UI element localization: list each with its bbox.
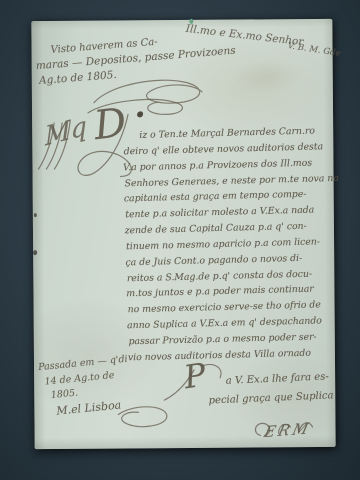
- ink-speck: [34, 213, 37, 217]
- dateline-block: Passada em — q'di 14 de Ag.to de 1805. M…: [38, 353, 133, 420]
- despatch-annotation: Visto haverem as Ca- maras — Depositos, …: [34, 29, 237, 89]
- closing-formula: a V. Ex.a lhe fara es- pecial graça que …: [184, 368, 334, 411]
- petition-body: iz o Ten.te Marçal Bernardes Carn.ro dei…: [122, 123, 342, 366]
- photo-stage: Visto haverem as Ca- maras — Depositos, …: [0, 0, 360, 480]
- paper-stain: [232, 59, 302, 94]
- margin-rubric: Mq: [44, 111, 87, 152]
- ink-speck: [33, 250, 37, 255]
- closing-rubric: ERM: [262, 419, 313, 441]
- manuscript-page: Visto haverem as Ca- maras — Depositos, …: [31, 19, 335, 449]
- edge-mark: [189, 19, 193, 24]
- flourish-swirl-top: [94, 80, 202, 104]
- salutation-rubric: V. B. M. Gde: [287, 41, 341, 59]
- ink-blot: [137, 111, 143, 117]
